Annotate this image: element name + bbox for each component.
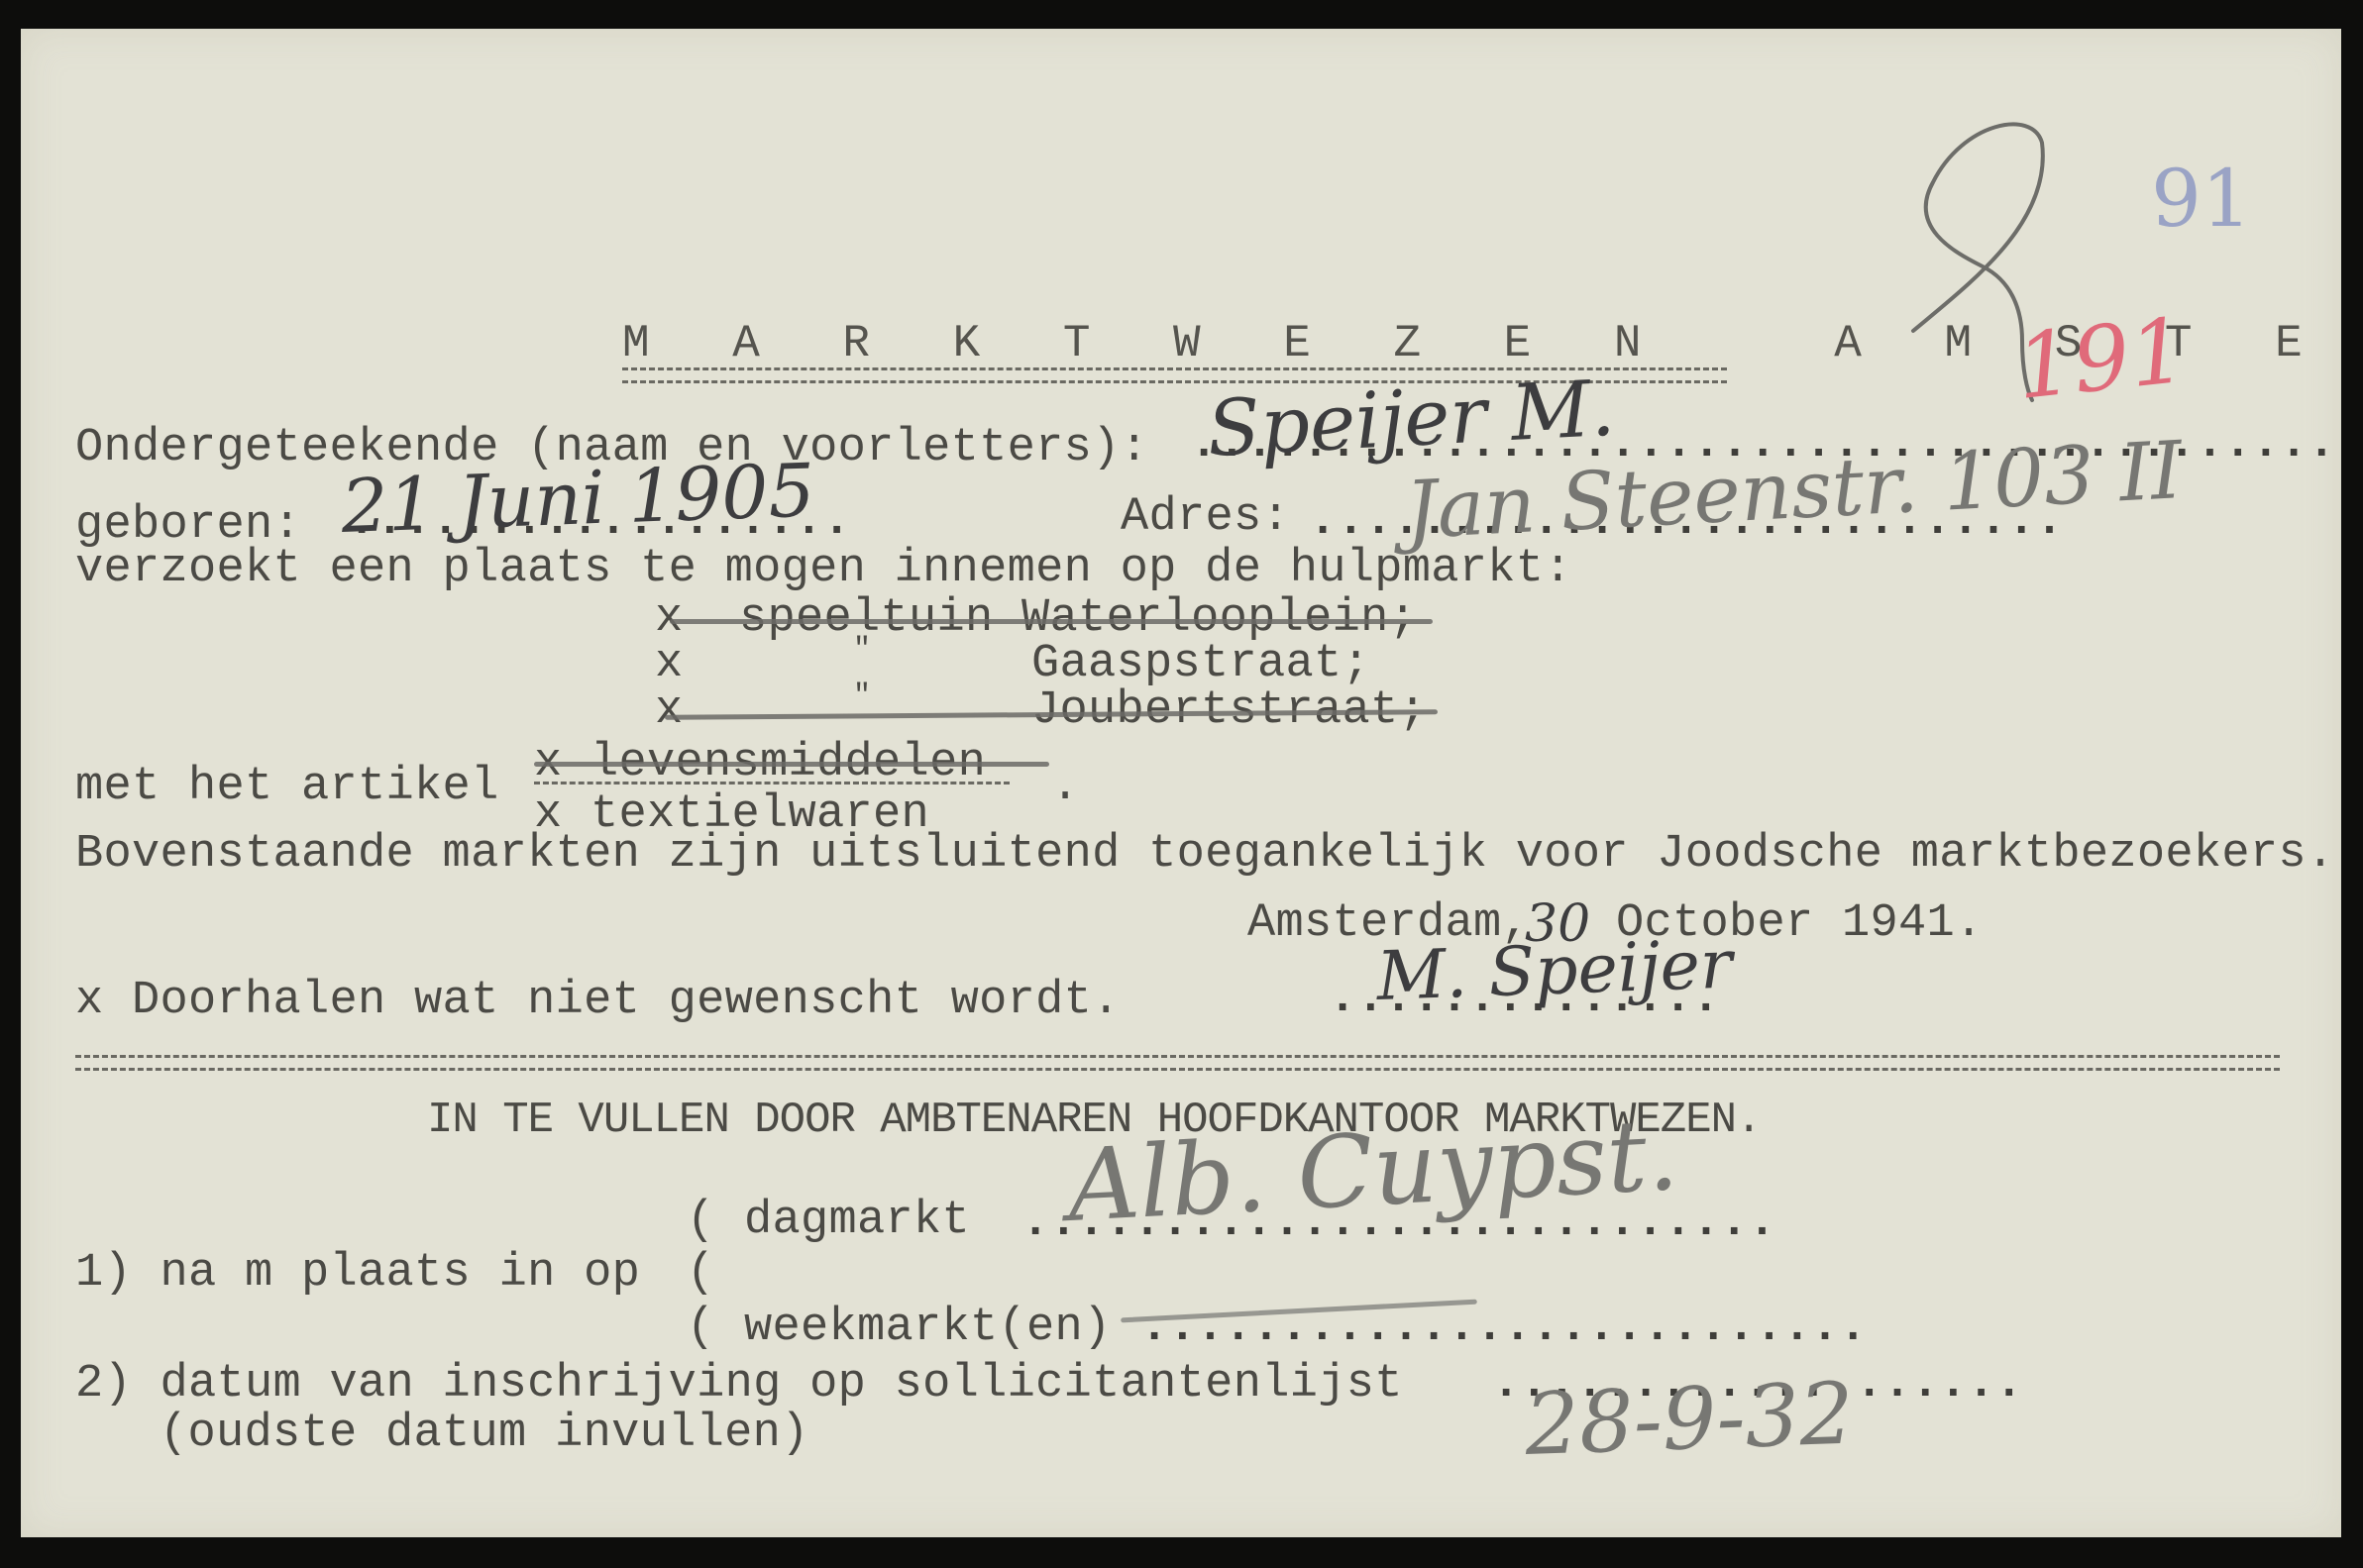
item2-label: 2) datum van inschrijving op sollicitant… bbox=[75, 1361, 1403, 1408]
signature-handwritten: M. Speijer bbox=[1375, 926, 1733, 1016]
birth-date-handwritten: 21 Juni 1905 bbox=[340, 448, 816, 550]
market-marker[interactable]: x bbox=[655, 641, 684, 687]
article-strikethrough bbox=[534, 762, 1049, 767]
restriction-notice: Bovenstaande markten zijn uitsluitend to… bbox=[75, 831, 2334, 878]
registration-date-handwritten: 28-9-32 bbox=[1524, 1364, 1856, 1475]
market-name: Gaaspstraat; bbox=[1031, 641, 1370, 687]
blue-annotation-number: 91 bbox=[2151, 153, 2252, 245]
item1-label: 1) na m plaats in op bbox=[75, 1250, 640, 1297]
weekmarkt-label: weekmarkt(en) bbox=[744, 1305, 1112, 1351]
article-fraction-line bbox=[534, 782, 1010, 784]
dagmarkt-label: dagmarkt bbox=[744, 1198, 970, 1244]
weekmarkt-field[interactable]: .......................... bbox=[1140, 1305, 1867, 1351]
address-label: Adres: bbox=[1121, 494, 1290, 541]
item2-sub-label: (oudste datum invullen) bbox=[160, 1411, 809, 1457]
strike-instruction-footnote: x Doorhalen wat niet gewenscht wordt. bbox=[75, 978, 1121, 1024]
brace-mid: ( bbox=[687, 1250, 715, 1297]
document-paper: 91 191 M A R K T W E Z E N A M S T E R D… bbox=[21, 29, 2341, 1537]
market-strikethrough bbox=[670, 619, 1433, 624]
birth-label: geboren: bbox=[75, 502, 301, 549]
ditto-mark: " bbox=[853, 681, 871, 711]
brace-top: ( bbox=[687, 1198, 715, 1244]
section-separator bbox=[75, 1055, 2280, 1071]
market-marker[interactable]: x bbox=[655, 687, 684, 734]
brace-bottom: ( bbox=[687, 1305, 715, 1351]
form-title: M A R K T W E Z E N A M S T E R D A M. bbox=[622, 321, 2363, 366]
request-line: verzoekt een plaats te mogen innemen op … bbox=[75, 546, 1572, 592]
article-label: met het artikel bbox=[75, 764, 499, 810]
article-period: . bbox=[1051, 764, 1080, 810]
ditto-mark: " bbox=[853, 635, 871, 665]
